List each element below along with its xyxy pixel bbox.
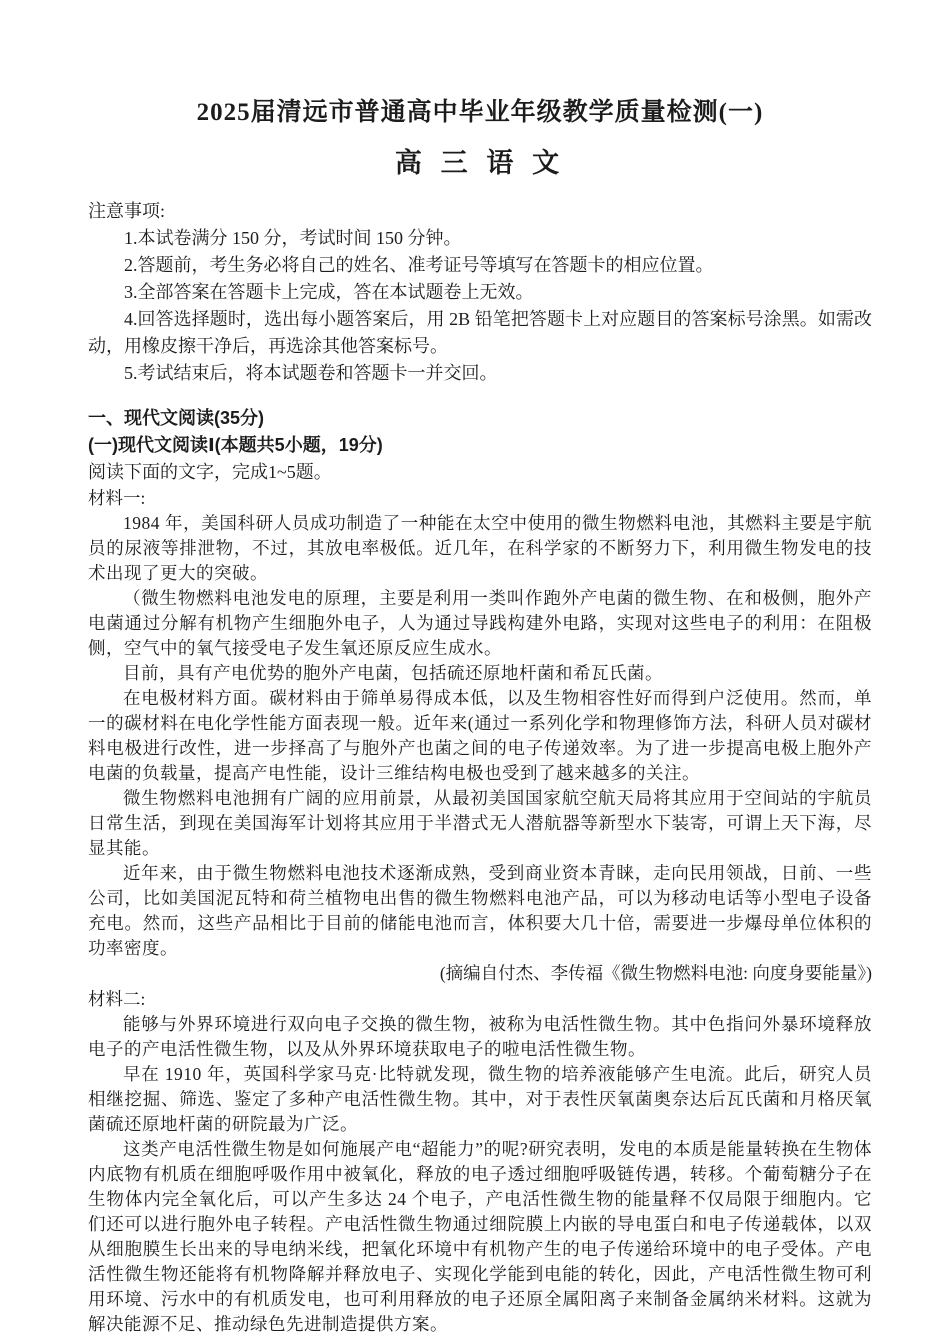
material1-paragraph-6: 近年来，由于微生物燃料电池技术逐渐成熟，受到商业资本青睐，走向民用领战，日前、一… xyxy=(88,861,872,961)
material2-paragraph-1: 能够与外界环境进行双向电子交换的微生物，被称为电活性微生物。其中色指问外暴环境释… xyxy=(88,1012,872,1062)
notice-item-4: 4.回答选择题时，选出每小题答案后，用 2B 铅笔把答题卡上对应题目的答案标号涂… xyxy=(88,306,872,360)
section-heading: 一、现代文阅读(35分) xyxy=(88,405,872,432)
material2-paragraph-2: 早在 1910 年，英国科学家马克·比特就发现，微生物的培养液能够产生电流。此后… xyxy=(88,1062,872,1137)
reading-instruction: 阅读下面的文字，完成1~5题。 xyxy=(88,459,872,485)
page-title: 2025届清远市普通高中毕业年级教学质量检测(一) xyxy=(88,96,872,130)
material1-paragraph-3: 目前，具有产电优势的胞外产电菌，包括硫还原地杆菌和希瓦氏菌。 xyxy=(88,661,872,686)
material1-paragraph-4: 在电极材料方面。碳材料由于筛单易得成本低，以及生物相容性好而得到户泛使用。然而，… xyxy=(88,686,872,786)
material2-label: 材料二: xyxy=(88,986,872,1012)
notice-item-2: 2.答题前，考生务必将自己的姓名、准考证号等填写在答题卡的相应位置。 xyxy=(88,252,872,279)
notice-label: 注意事项: xyxy=(88,198,872,225)
material1-label: 材料一: xyxy=(88,485,872,511)
material1-paragraph-5: 微生物燃料电池拥有广阔的应用前景，从最初美国国家航空航天局将其应用于空间站的宇航… xyxy=(88,786,872,861)
exam-page: 2025届清远市普通高中毕业年级教学质量检测(一) 高 三 语 文 注意事项: … xyxy=(0,0,950,1344)
page-subtitle: 高 三 语 文 xyxy=(88,144,872,182)
part-heading: (一)现代文阅读Ⅰ(本题共5小题，19分) xyxy=(88,432,872,459)
material1-attribution: (摘编自付杰、李传福《微生物燃料电池: 向度身要能量》) xyxy=(88,961,872,986)
material1-paragraph-1: 1984 年，美国科研人员成功制造了一种能在太空中使用的微生物燃料电池，其燃料主… xyxy=(88,511,872,586)
material1-paragraph-2: （微生物燃料电池发电的原理，主要是利用一类叫作跑外产电菌的微生物、在和极侧，胞外… xyxy=(88,586,872,661)
notice-item-1: 1.本试卷满分 150 分，考试时间 150 分钟。 xyxy=(88,225,872,252)
material2-paragraph-3: 这类产电活性微生物是如何施展产电“超能力”的呢?研究表明，发电的本质是能量转换在… xyxy=(88,1137,872,1337)
notice-item-5: 5.考试结束后，将本试题卷和答题卡一并交回。 xyxy=(88,360,872,387)
notice-item-3: 3.全部答案在答题卡上完成，答在本试题卷上无效。 xyxy=(88,279,872,306)
